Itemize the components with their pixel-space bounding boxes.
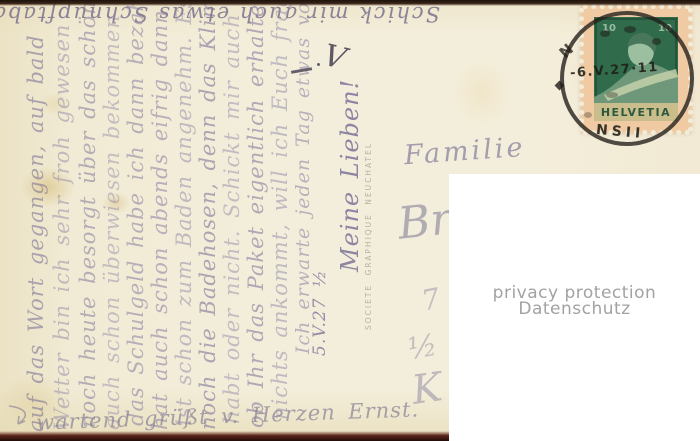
privacy-overlay: privacy protection Datenschutz <box>449 174 700 441</box>
address-fragment: K <box>409 364 445 414</box>
message-line: ist schon zum Baden angenehm. Es <box>172 0 196 426</box>
message-line: noch heute besorgt über das schöne <box>76 0 100 428</box>
printer-imprint: SOCIETE GRAPHIQUE NEUCHATEL <box>364 142 373 330</box>
message-line: das Schulgeld habe ich dann bezahlt <box>124 0 148 426</box>
privacy-text-line2: Datenschutz <box>449 301 700 317</box>
postcard-scan: Schick mir auch etwas Schnupftabak mit I… <box>0 0 700 441</box>
message-line: auf das Wort gegangen, auf bald <box>24 34 48 432</box>
message-line: hat auch schon abends eifrig dann <box>148 9 172 430</box>
postmark-smudge <box>624 26 636 33</box>
stain <box>452 58 512 128</box>
flourish-mark <box>6 402 36 430</box>
postmark-smudge <box>584 112 592 118</box>
message-line: nichts ankommt, will ich Euch fragen <box>268 0 292 420</box>
postmark-smudge <box>606 92 618 98</box>
address-name: Familie <box>403 132 526 171</box>
message-line: Wetter bin ich sehr froh gewesen <box>50 24 74 430</box>
postmark-smudge <box>652 38 661 45</box>
message-line: auch schon überwiesen bekommen <box>100 14 124 430</box>
address-fragment: ½ <box>405 328 440 368</box>
message-line: noch die Badehosen, denn das Klima <box>196 0 220 430</box>
address-fragment: Br <box>395 193 453 249</box>
message-greeting: Meine Lieben! <box>336 79 364 272</box>
address-fragment: 7 <box>419 282 443 318</box>
stamp-perforation-top <box>581 3 691 10</box>
message-date: 5.V.27 ½ <box>310 270 330 356</box>
message-line: habt oder nicht. Schickt mir auch <box>220 13 244 424</box>
check-mark-dot <box>317 63 320 66</box>
check-mark: V <box>320 38 349 77</box>
postmark-smudge <box>600 30 610 37</box>
message-line: ob Ihr das Paket eigentlich erhalten <box>244 0 268 428</box>
